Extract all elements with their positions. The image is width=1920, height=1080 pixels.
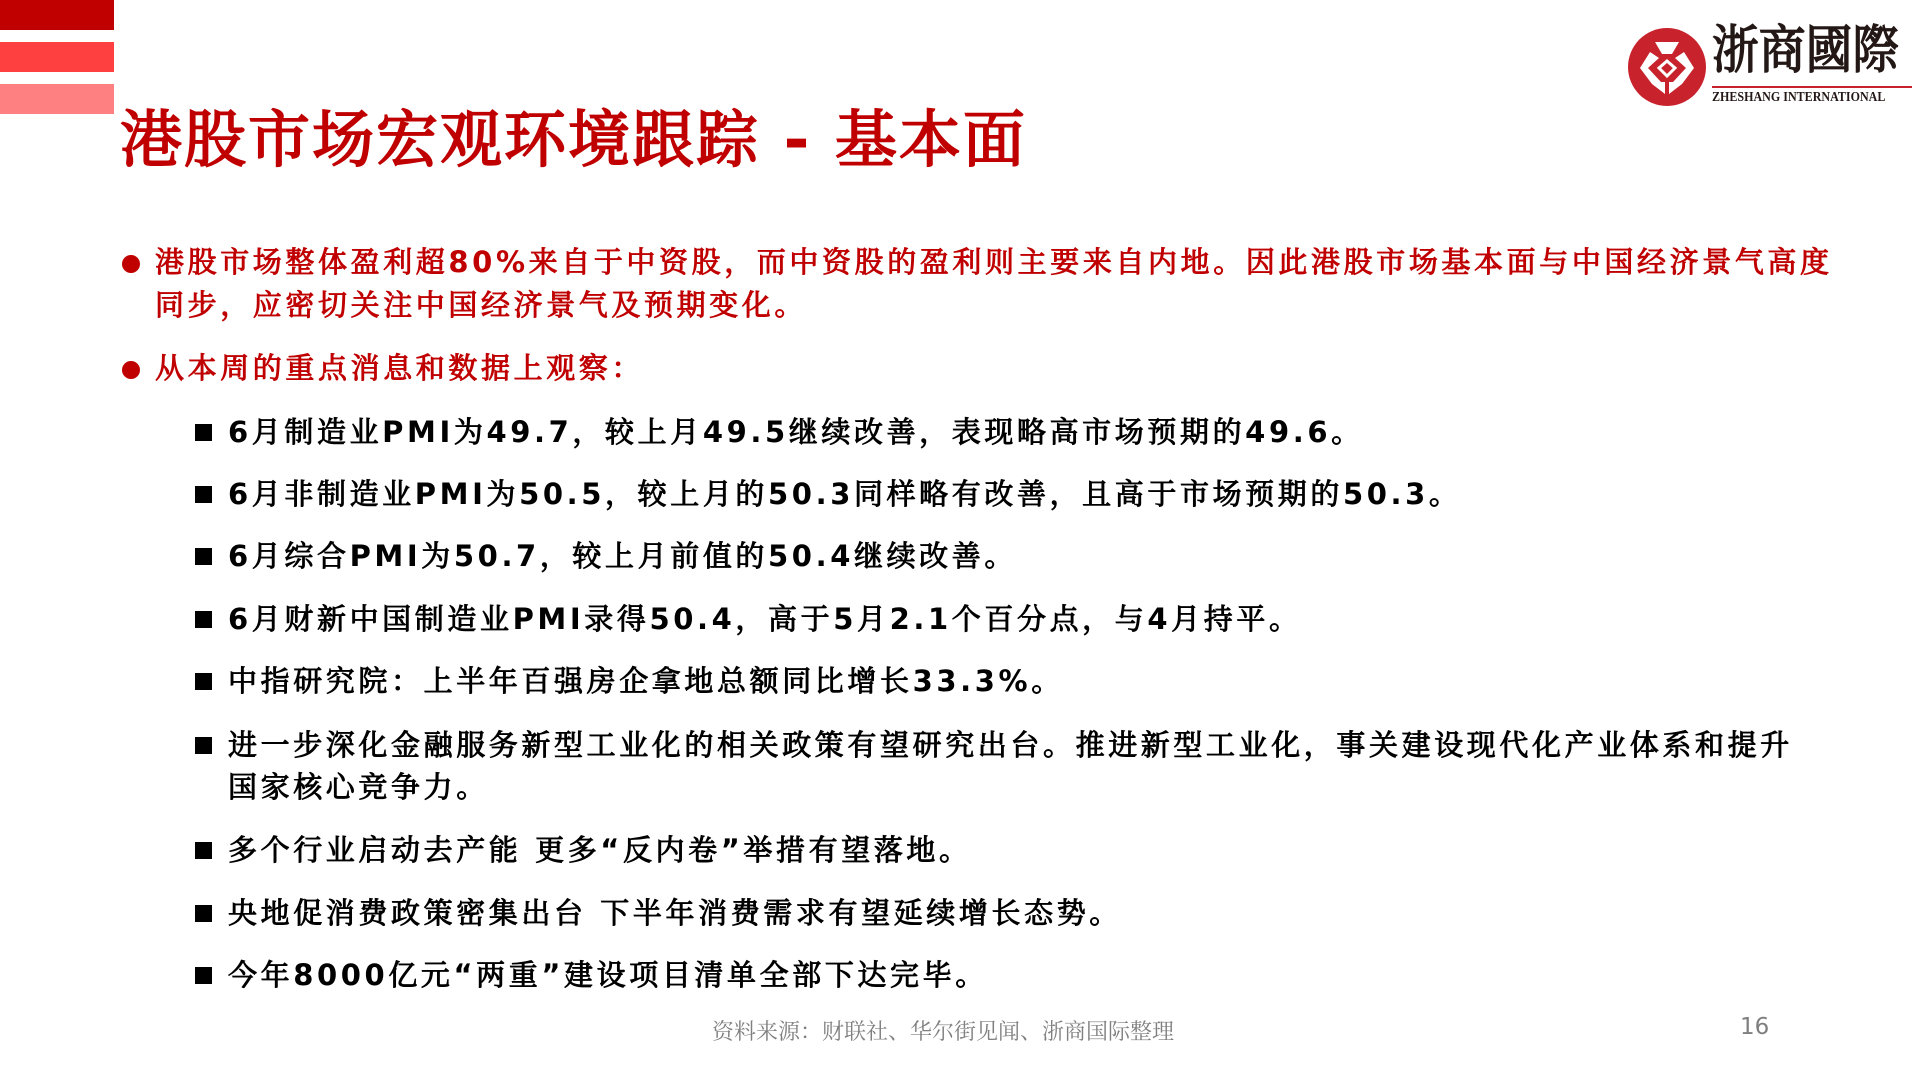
sub-bullet-text: 多个行业启动去产能 更多“反内卷”举措有望落地。 [228, 829, 1808, 871]
logo-english-name: ZHESHANG INTERNATIONAL [1712, 90, 1885, 106]
logo-emblem-icon [1628, 28, 1706, 106]
circle-bullet-icon [122, 255, 140, 273]
decorative-stripe-dark-red [0, 0, 114, 30]
company-logo: 浙商國際 ZHESHANG INTERNATIONAL [1628, 18, 1913, 110]
sub-bullet-text: 进一步深化金融服务新型工业化的相关政策有望研究出台。推进新型工业化，事关建设现代… [228, 724, 1808, 808]
logo-divider [1712, 86, 1912, 88]
page-number: 16 [1740, 1014, 1769, 1040]
sub-bullet-text: 今年8000亿元“两重”建设项目清单全部下达完毕。 [228, 954, 1808, 996]
decorative-stripe-light-red [0, 84, 114, 114]
square-bullet-icon [195, 673, 212, 690]
sub-bullet-text: 6月综合PMI为50.7，较上月前值的50.4继续改善。 [228, 535, 1808, 577]
square-bullet-icon [195, 486, 212, 503]
square-bullet-icon [195, 842, 212, 859]
page-title: 港股市场宏观环境跟踪 - 基本面 [120, 100, 1027, 180]
square-bullet-icon [195, 967, 212, 984]
sub-bullet-text: 6月制造业PMI为49.7，较上月49.5继续改善，表现略高市场预期的49.6。 [228, 411, 1808, 453]
square-bullet-icon [195, 424, 212, 441]
sub-bullet-text: 6月非制造业PMI为50.5，较上月的50.3同样略有改善，且高于市场预期的50… [228, 473, 1808, 515]
square-bullet-icon [195, 905, 212, 922]
sub-bullet-text: 中指研究院：上半年百强房企拿地总额同比增长33.3%。 [228, 660, 1808, 702]
decorative-stripe-red [0, 42, 114, 72]
sub-bullet-text: 央地促消费政策密集出台 下半年消费需求有望延续增长态势。 [228, 892, 1808, 934]
main-bullet-text: 从本周的重点消息和数据上观察： [155, 347, 1835, 390]
source-note: 资料来源：财联社、华尔街见闻、浙商国际整理 [712, 1015, 1174, 1046]
square-bullet-icon [195, 611, 212, 628]
square-bullet-icon [195, 737, 212, 754]
sub-bullet-text: 6月财新中国制造业PMI录得50.4，高于5月2.1个百分点，与4月持平。 [228, 598, 1808, 640]
square-bullet-icon [195, 548, 212, 565]
main-bullet-text: 港股市场整体盈利超80%来自于中资股，而中资股的盈利则主要来自内地。因此港股市场… [155, 241, 1835, 327]
logo-chinese-name: 浙商國際 [1712, 18, 1899, 84]
circle-bullet-icon [122, 361, 140, 379]
